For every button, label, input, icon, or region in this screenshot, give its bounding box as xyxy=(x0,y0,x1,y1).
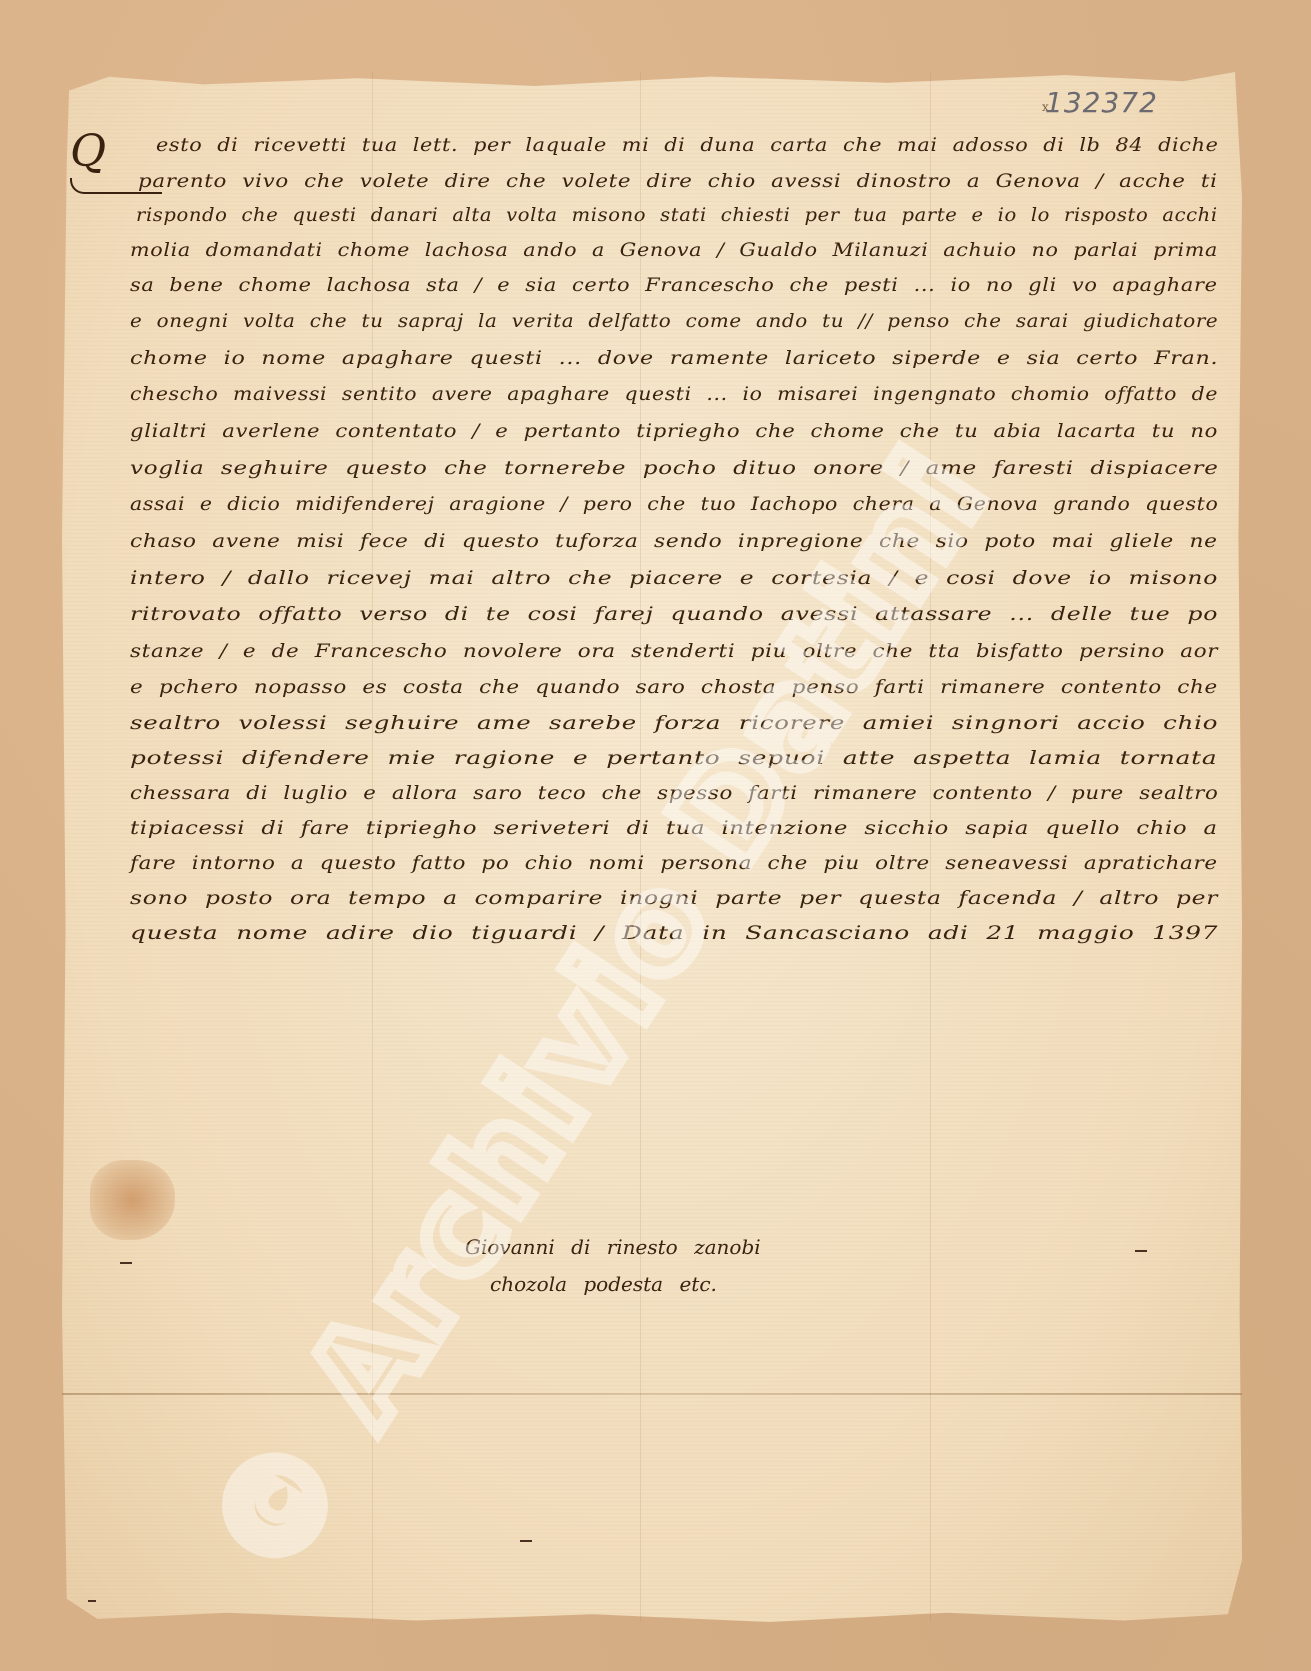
letter-line: voglia seghuire questo che tornerebe poc… xyxy=(130,457,1219,479)
letter-line: sono posto ora tempo a comparire inogni … xyxy=(130,887,1218,909)
fold-crease-horizontal xyxy=(62,1393,1242,1395)
letter-line: e pchero nopasso es costa che quando sar… xyxy=(130,676,1218,698)
letter-line: assai e dicio midifenderej aragione / pe… xyxy=(130,493,1218,515)
archive-number: 132372 xyxy=(1045,86,1158,119)
letter-line: sa bene chome lachosa sta / e sia certo … xyxy=(130,274,1218,296)
signature-title: chozola podesta etc. xyxy=(490,1272,717,1296)
margin-tick xyxy=(1135,1250,1147,1252)
manuscript-paper xyxy=(62,72,1242,1622)
margin-tick xyxy=(120,1262,132,1264)
letter-line: esto di ricevetti tua lett. per laquale … xyxy=(156,134,1219,156)
margin-tick xyxy=(88,1600,96,1602)
letter-line: rispondo che questi danari alta volta mi… xyxy=(136,204,1218,226)
fold-crease xyxy=(930,72,931,1622)
fold-crease xyxy=(640,72,641,1622)
letter-line: molia domandati chome lachosa ando a Gen… xyxy=(130,239,1218,261)
letter-line: glialtri averlene contentato / e pertant… xyxy=(130,420,1218,442)
letter-line: potessi difendere mie ragione e pertanto… xyxy=(130,747,1217,769)
letter-line: e onegni volta che tu sapraj la verita d… xyxy=(130,310,1218,332)
letter-line: sealtro volessi seghuire ame sarebe forz… xyxy=(130,712,1218,734)
initial-letter: Q xyxy=(70,130,106,174)
letter-line: intero / dallo ricevej mai altro che pia… xyxy=(130,567,1218,589)
letter-line: fare intorno a questo fatto po chio nomi… xyxy=(130,852,1218,874)
margin-tick xyxy=(520,1540,532,1542)
ink-stain xyxy=(90,1160,175,1240)
fold-crease xyxy=(372,72,373,1622)
letter-line: parento vivo che volete dire che volete … xyxy=(138,170,1218,192)
letter-line: chaso avene misi fece di questo tuforza … xyxy=(130,530,1218,552)
letter-line: stanze / e de Francescho novolere ora st… xyxy=(130,640,1218,662)
letter-line: questa nome adire dio tiguardi / Data in… xyxy=(130,922,1218,944)
letter-line: tipiacessi di fare tipriegho seriveteri … xyxy=(130,817,1218,839)
letter-line: chescho maivessi sentito avere apaghare … xyxy=(130,383,1218,405)
letter-line: ritrovato offatto verso di te cosi farej… xyxy=(130,603,1218,625)
letter-line: chome io nome apaghare questi ... dove r… xyxy=(130,347,1218,369)
signature-name: Giovanni di rinesto zanobi xyxy=(465,1235,761,1259)
letter-line: chessara di luglio e allora saro teco ch… xyxy=(130,782,1218,804)
